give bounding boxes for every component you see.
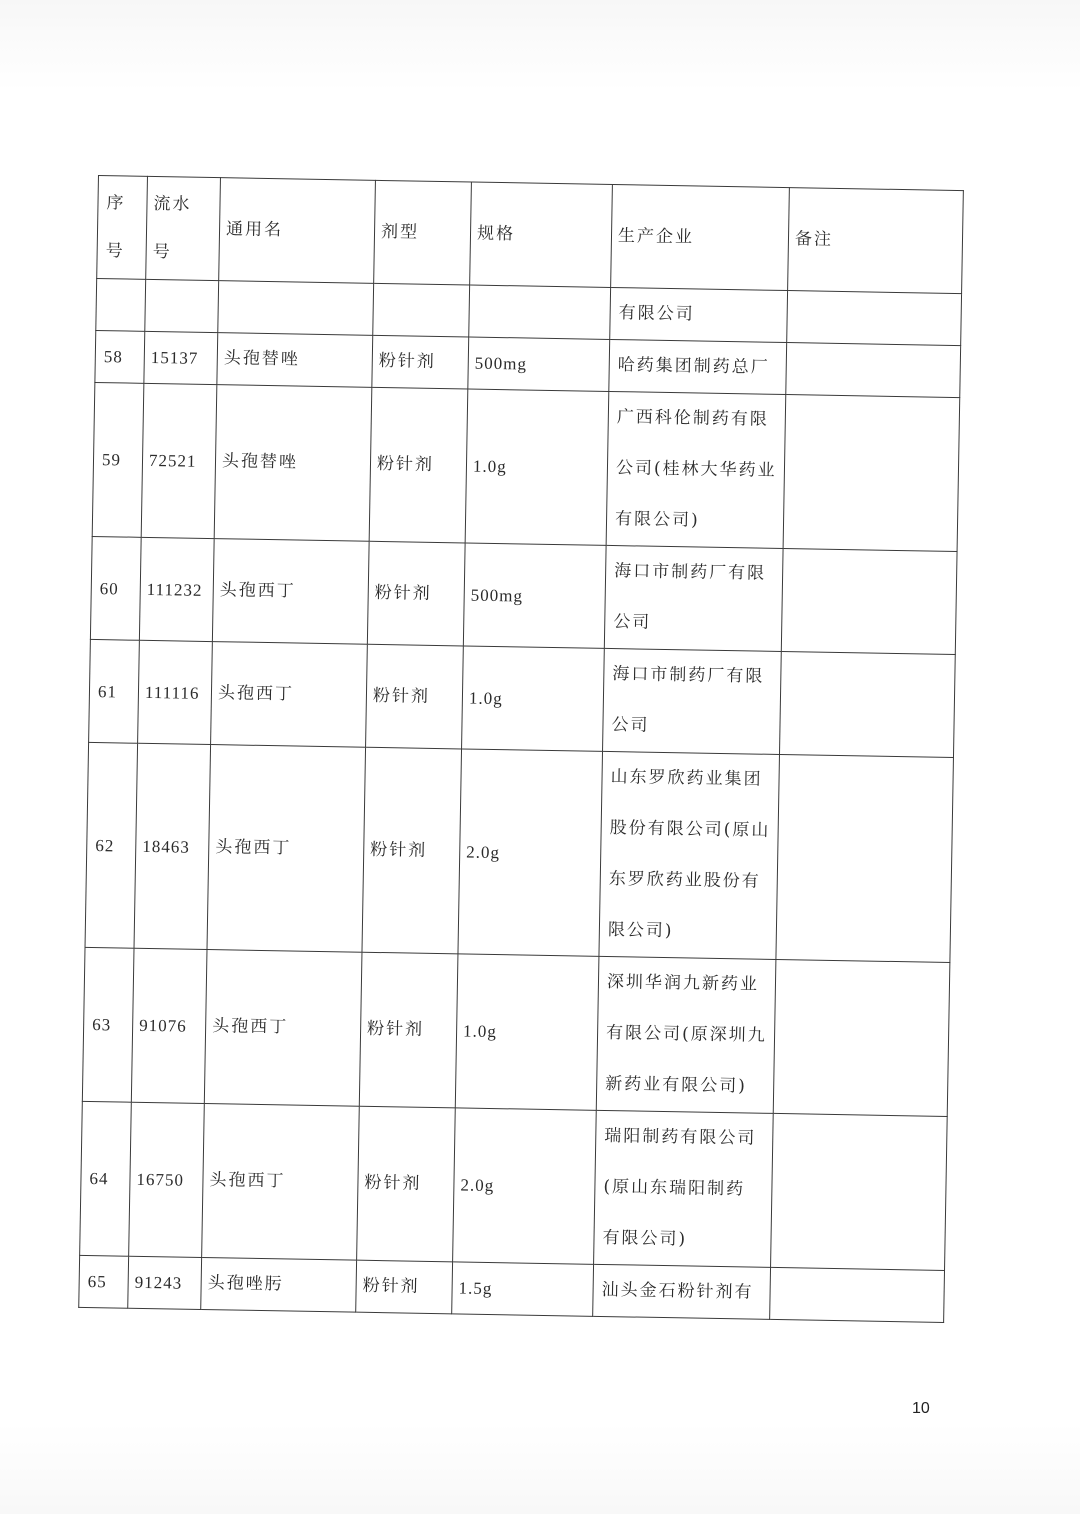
manufacturer-line: 深圳华润九新药业 [607, 957, 770, 1011]
manufacturer-line: 东罗欣药业股份有 [608, 854, 771, 908]
cell-spec [469, 285, 611, 339]
cell-remarks [787, 291, 962, 346]
table-row: 6391076头孢西丁粉针剂1.0g深圳华润九新药业有限公司(原深圳九新药业有限… [82, 947, 950, 1116]
manufacturer-line: 山东罗欣药业集团 [610, 752, 773, 806]
page-number: 10 [912, 1400, 930, 1418]
cell-spec: 500mg [463, 543, 606, 648]
cell-generic-name: 头孢替唑 [217, 333, 373, 388]
cell-manufacturer: 有限公司 [610, 287, 788, 342]
header-manufacturer: 生产企业 [611, 184, 790, 290]
cell-generic-name: 头孢西丁 [207, 745, 366, 953]
cell-generic-name: 头孢替唑 [214, 385, 372, 542]
cell-serial: 111116 [138, 640, 213, 744]
cell-serial [145, 279, 219, 332]
cell-dosage-form: 粉针剂 [356, 1260, 453, 1314]
cell-index: 64 [80, 1101, 132, 1256]
cell-generic-name: 头孢西丁 [211, 642, 368, 748]
cell-serial: 91076 [131, 948, 207, 1103]
header-index-line: 序 [106, 179, 141, 228]
cell-index: 59 [92, 382, 144, 537]
cell-serial: 18463 [134, 743, 211, 949]
cell-serial: 91243 [128, 1256, 202, 1309]
cell-generic-name: 头孢西丁 [212, 539, 369, 645]
table-row: 5972521头孢替唑粉针剂1.0g广西科伦制药有限公司(桂林大华药业有限公司) [92, 382, 960, 551]
cell-serial: 15137 [144, 331, 218, 384]
header-serial-line: 号 [152, 228, 213, 277]
cell-generic-name: 头孢西丁 [202, 1103, 360, 1260]
cell-spec: 1.0g [455, 954, 599, 1110]
manufacturer-line: 有限公司 [618, 288, 781, 342]
cell-spec: 500mg [468, 337, 610, 391]
cell-dosage-form: 粉针剂 [362, 747, 462, 954]
drug-list-table-wrapper: 序 号 流水 号 通用名 剂型 规格 生产企业 备注 有限公司5815137头孢… [78, 175, 963, 1323]
cell-remarks [771, 1113, 948, 1270]
header-serial: 流水 号 [146, 176, 221, 280]
cell-manufacturer: 海口市制药厂有限公司 [603, 648, 782, 754]
manufacturer-line: 海口市制药厂有限 [614, 546, 777, 600]
cell-serial: 111232 [139, 537, 214, 641]
cell-manufacturer: 广西科伦制药有限公司(桂林大华药业有限公司) [606, 391, 786, 548]
cell-dosage-form: 粉针剂 [366, 644, 464, 749]
cell-spec: 1.5g [452, 1262, 594, 1316]
table-row: 6416750头孢西丁粉针剂2.0g瑞阳制药有限公司(原山东瑞阳制药有限公司) [80, 1101, 948, 1270]
cell-index: 65 [79, 1255, 129, 1308]
cell-index [96, 278, 146, 331]
cell-dosage-form: 粉针剂 [357, 1106, 456, 1262]
manufacturer-line: 公司 [613, 597, 776, 651]
cell-manufacturer: 汕头金石粉针剂有 [593, 1264, 771, 1319]
header-index-line: 号 [105, 227, 140, 276]
manufacturer-line: 广西科伦制药有限 [616, 392, 779, 446]
header-spec: 规格 [470, 182, 613, 287]
cell-generic-name [218, 281, 374, 336]
cell-dosage-form [373, 283, 470, 337]
manufacturer-line: 公司 [611, 700, 774, 754]
cell-spec: 2.0g [453, 1108, 597, 1264]
header-index: 序 号 [97, 176, 148, 280]
cell-remarks [773, 959, 950, 1116]
cell-remarks [779, 651, 955, 757]
manufacturer-line: 汕头金石粉针剂有 [601, 1265, 764, 1319]
cell-remarks [781, 549, 957, 655]
cell-manufacturer: 哈药集团制药总厂 [609, 339, 787, 394]
header-serial-line: 流水 [153, 180, 214, 229]
cell-index: 63 [82, 947, 134, 1102]
cell-remarks [783, 395, 960, 552]
cell-serial: 16750 [129, 1102, 205, 1257]
drug-list-table: 序 号 流水 号 通用名 剂型 规格 生产企业 备注 有限公司5815137头孢… [78, 175, 964, 1323]
cell-generic-name: 头孢西丁 [204, 950, 362, 1107]
cell-dosage-form: 粉针剂 [372, 335, 469, 389]
cell-dosage-form: 粉针剂 [367, 541, 465, 646]
manufacturer-line: 海口市制药厂有限 [612, 649, 775, 703]
cell-remarks [776, 754, 954, 962]
cell-spec: 1.0g [465, 389, 609, 545]
table-row: 6218463头孢西丁粉针剂2.0g山东罗欣药业集团股份有限公司(原山东罗欣药业… [85, 742, 953, 962]
cell-manufacturer: 海口市制药厂有限公司 [604, 545, 783, 651]
cell-manufacturer: 瑞阳制药有限公司(原山东瑞阳制药有限公司) [594, 1110, 774, 1267]
cell-index: 62 [85, 742, 138, 948]
cell-index: 58 [95, 330, 145, 383]
table-row: 61111116头孢西丁粉针剂1.0g海口市制药厂有限公司 [89, 639, 956, 757]
header-remarks: 备注 [788, 188, 964, 294]
cell-remarks [786, 343, 961, 398]
table-row: 60111232头孢西丁粉针剂500mg海口市制药厂有限公司 [90, 536, 957, 654]
cell-spec: 2.0g [458, 749, 603, 956]
manufacturer-line: 公司(桂林大华药业 [616, 443, 779, 497]
manufacturer-line: 股份有限公司(原山 [609, 803, 772, 857]
header-generic-name: 通用名 [219, 178, 376, 284]
cell-manufacturer: 深圳华润九新药业有限公司(原深圳九新药业有限公司) [596, 956, 776, 1113]
cell-manufacturer: 山东罗欣药业集团股份有限公司(原山东罗欣药业股份有限公司) [599, 751, 780, 959]
header-dosage-form: 剂型 [374, 180, 472, 285]
manufacturer-line: 瑞阳制药有限公司 [604, 1111, 767, 1165]
manufacturer-line: 新药业有限公司) [605, 1059, 768, 1113]
manufacturer-line: 限公司) [607, 905, 770, 959]
manufacturer-line: 哈药集团制药总厂 [617, 340, 780, 394]
cell-dosage-form: 粉针剂 [359, 952, 458, 1108]
cell-serial: 72521 [141, 383, 217, 538]
manufacturer-line: 有限公司(原深圳九 [606, 1008, 769, 1062]
cell-remarks [770, 1267, 945, 1322]
table-header-row: 序 号 流水 号 通用名 剂型 规格 生产企业 备注 [97, 176, 964, 294]
cell-spec: 1.0g [462, 646, 605, 751]
cell-index: 60 [90, 536, 141, 640]
manufacturer-line: (原山东瑞阳制药 [603, 1162, 766, 1216]
cell-generic-name: 头孢唑肟 [201, 1257, 357, 1312]
manufacturer-line: 有限公司) [602, 1213, 765, 1267]
cell-index: 61 [89, 639, 140, 743]
manufacturer-line: 有限公司) [615, 494, 778, 548]
cell-dosage-form: 粉针剂 [369, 387, 468, 543]
